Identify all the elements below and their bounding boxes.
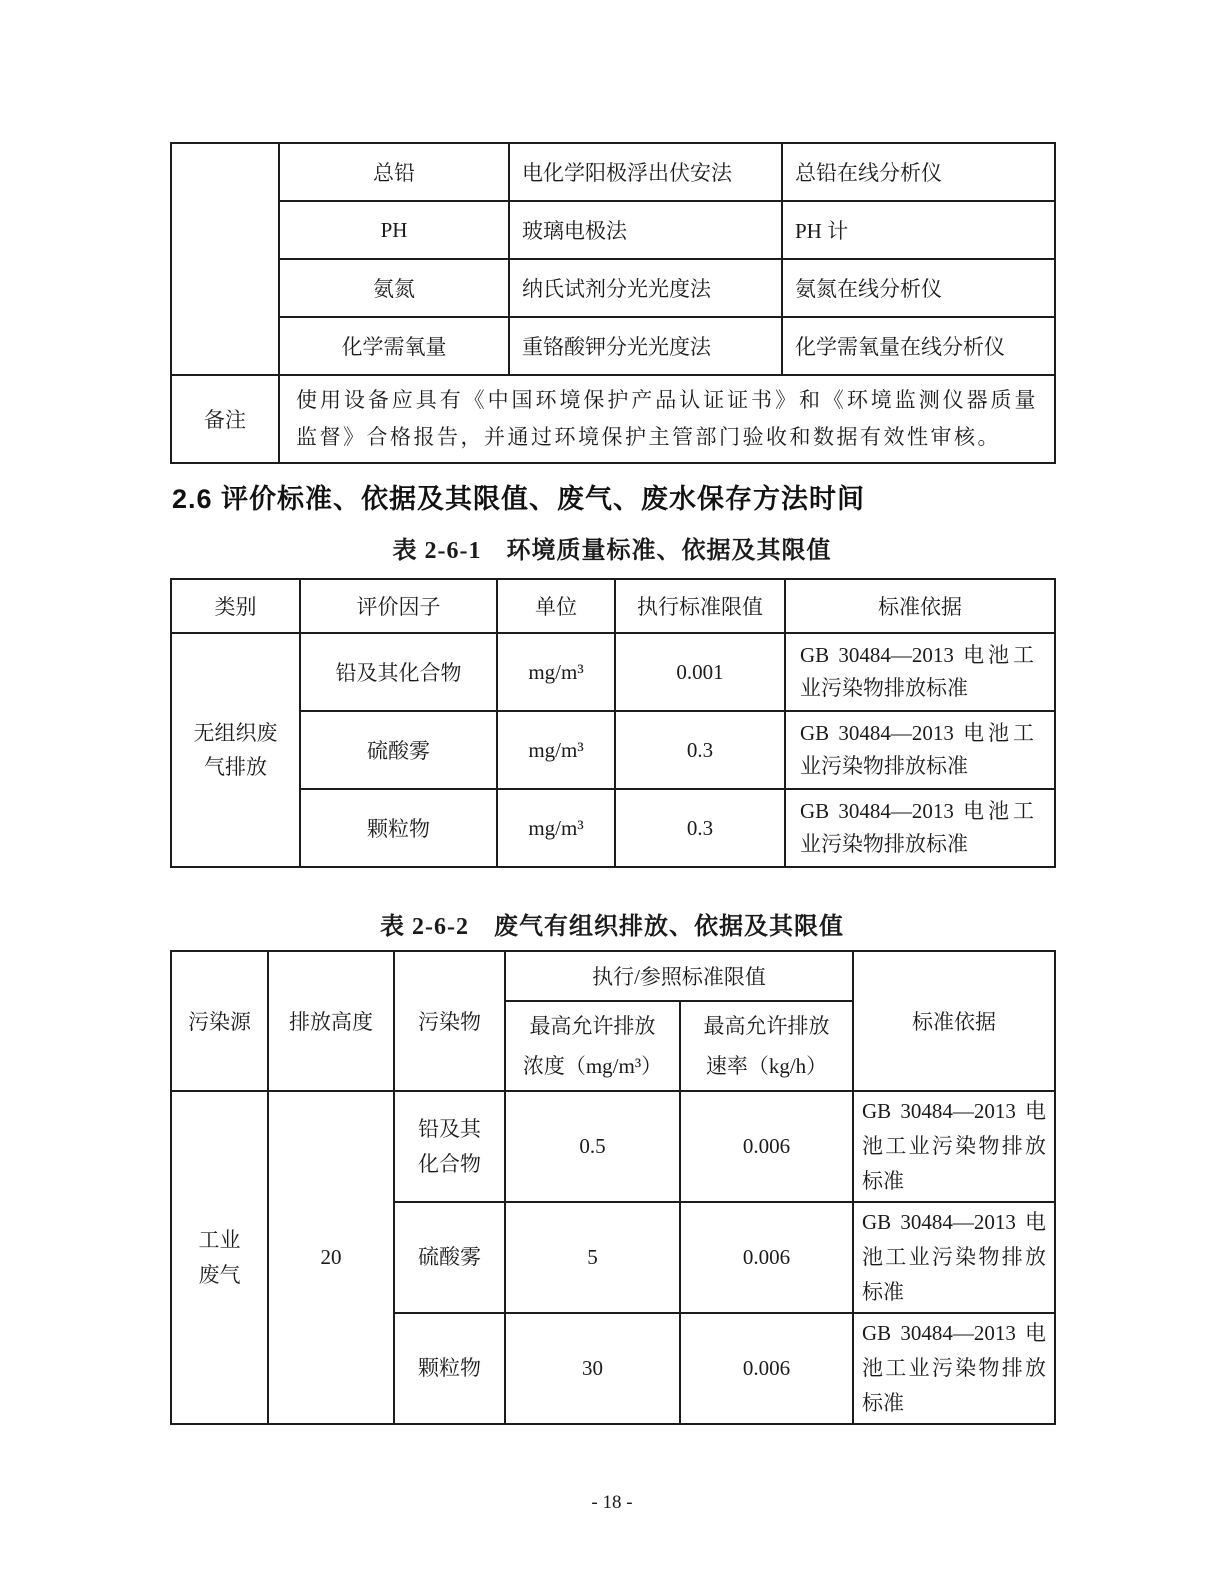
table2-title: 表 2-6-2 废气有组织排放、依据及其限值 [170, 910, 1054, 944]
ambient-quality-standards-table: 类别 评价因子 单位 执行标准限值 标准依据 无组织废 气排放 铅及其化合物 m… [170, 578, 1056, 868]
factor-cell: 铅及其化合物 [300, 633, 497, 711]
unit-cell: mg/m³ [497, 789, 615, 867]
table-row: 氨氮 纳氏试剂分光光度法 氨氮在线分析仪 [171, 259, 1055, 317]
unit-cell: mg/m³ [497, 711, 615, 789]
instrument-cell: 氨氮在线分析仪 [782, 259, 1055, 317]
col-header-max-concentration: 最高允许排放 浓度（mg/m³） [505, 1001, 680, 1091]
method-cell: 纳氏试剂分光光度法 [509, 259, 782, 317]
pollutant-cell: 硫酸雾 [394, 1202, 505, 1313]
limit-cell: 0.001 [615, 633, 785, 711]
pollutant-cell: 颗粒物 [394, 1313, 505, 1424]
note-label-cell: 备注 [171, 375, 279, 463]
basis-cell: GB 30484—2013 电池工业污染物排放标准 [853, 1091, 1055, 1202]
monitoring-equipment-table: 总铅 电化学阳极浮出伏安法 总铅在线分析仪 PH 玻璃电极法 PH 计 氨氮 纳… [170, 142, 1056, 464]
concentration-cell: 5 [505, 1202, 680, 1313]
limit-cell: 0.3 [615, 711, 785, 789]
col-header-limit-group: 执行/参照标准限值 [505, 951, 853, 1001]
basis-cell: GB 30484—2013 电池工业污染物排放标准 [785, 711, 1055, 789]
table-row: 无组织废 气排放 铅及其化合物 mg/m³ 0.001 GB 30484—201… [171, 633, 1055, 711]
instrument-cell: 化学需氧量在线分析仪 [782, 317, 1055, 375]
factor-cell: 硫酸雾 [300, 711, 497, 789]
height-cell: 20 [268, 1091, 394, 1424]
col-header-limit: 执行标准限值 [615, 579, 785, 633]
concentration-cell: 0.5 [505, 1091, 680, 1202]
rate-cell: 0.006 [680, 1202, 853, 1313]
document-page: 总铅 电化学阳极浮出伏安法 总铅在线分析仪 PH 玻璃电极法 PH 计 氨氮 纳… [0, 0, 1224, 1584]
col-header-height: 排放高度 [268, 951, 394, 1091]
method-cell: 电化学阳极浮出伏安法 [509, 143, 782, 201]
param-cell: 氨氮 [279, 259, 509, 317]
limit-cell: 0.3 [615, 789, 785, 867]
param-cell: 总铅 [279, 143, 509, 201]
col-header-factor: 评价因子 [300, 579, 497, 633]
col-header-category: 类别 [171, 579, 300, 633]
basis-cell: GB 30484—2013 电池工业污染物排放标准 [785, 789, 1055, 867]
table-row: 总铅 电化学阳极浮出伏安法 总铅在线分析仪 [171, 143, 1055, 201]
table-row: PH 玻璃电极法 PH 计 [171, 201, 1055, 259]
pollutant-cell: 铅及其 化合物 [394, 1091, 505, 1202]
table-row: 硫酸雾 mg/m³ 0.3 GB 30484—2013 电池工业污染物排放标准 [171, 711, 1055, 789]
table-row: 化学需氧量 重铬酸钾分光光度法 化学需氧量在线分析仪 [171, 317, 1055, 375]
source-cell: 工业 废气 [171, 1091, 268, 1424]
header-row-1: 污染源 排放高度 污染物 执行/参照标准限值 标准依据 [171, 951, 1055, 1001]
param-cell: 化学需氧量 [279, 317, 509, 375]
section-heading: 2.6 评价标准、依据及其限值、废气、废水保存方法时间 [172, 480, 1054, 518]
param-cell: PH [279, 201, 509, 259]
instrument-cell: PH 计 [782, 201, 1055, 259]
table-row: 工业 废气 20 铅及其 化合物 0.5 0.006 GB 30484—2013… [171, 1091, 1055, 1202]
page-content: 总铅 电化学阳极浮出伏安法 总铅在线分析仪 PH 玻璃电极法 PH 计 氨氮 纳… [170, 0, 1054, 1425]
page-number: - 18 - [0, 1492, 1224, 1514]
unit-cell: mg/m³ [497, 633, 615, 711]
instrument-cell: 总铅在线分析仪 [782, 143, 1055, 201]
basis-cell: GB 30484—2013 电池工业污染物排放标准 [853, 1313, 1055, 1424]
table-row: 颗粒物 mg/m³ 0.3 GB 30484—2013 电池工业污染物排放标准 [171, 789, 1055, 867]
note-text-cell: 使用设备应具有《中国环境保护产品认证证书》和《环境监测仪器质量监督》合格报告，并… [279, 375, 1055, 463]
col-header-unit: 单位 [497, 579, 615, 633]
col-header-max-rate: 最高允许排放 速率（kg/h） [680, 1001, 853, 1091]
header-row: 类别 评价因子 单位 执行标准限值 标准依据 [171, 579, 1055, 633]
note-row: 备注 使用设备应具有《中国环境保护产品认证证书》和《环境监测仪器质量监督》合格报… [171, 375, 1055, 463]
method-cell: 玻璃电极法 [509, 201, 782, 259]
col-header-pollutant: 污染物 [394, 951, 505, 1091]
table1-title: 表 2-6-1 环境质量标准、依据及其限值 [170, 534, 1054, 568]
empty-merged-cell [171, 143, 279, 375]
basis-cell: GB 30484—2013 电池工业污染物排放标准 [853, 1202, 1055, 1313]
rate-cell: 0.006 [680, 1313, 853, 1424]
concentration-cell: 30 [505, 1313, 680, 1424]
rate-cell: 0.006 [680, 1091, 853, 1202]
category-cell: 无组织废 气排放 [171, 633, 300, 867]
col-header-basis: 标准依据 [853, 951, 1055, 1091]
method-cell: 重铬酸钾分光光度法 [509, 317, 782, 375]
basis-cell: GB 30484—2013 电池工业污染物排放标准 [785, 633, 1055, 711]
col-header-source: 污染源 [171, 951, 268, 1091]
factor-cell: 颗粒物 [300, 789, 497, 867]
organized-emission-table: 污染源 排放高度 污染物 执行/参照标准限值 标准依据 最高允许排放 浓度（mg… [170, 950, 1056, 1425]
col-header-basis: 标准依据 [785, 579, 1055, 633]
